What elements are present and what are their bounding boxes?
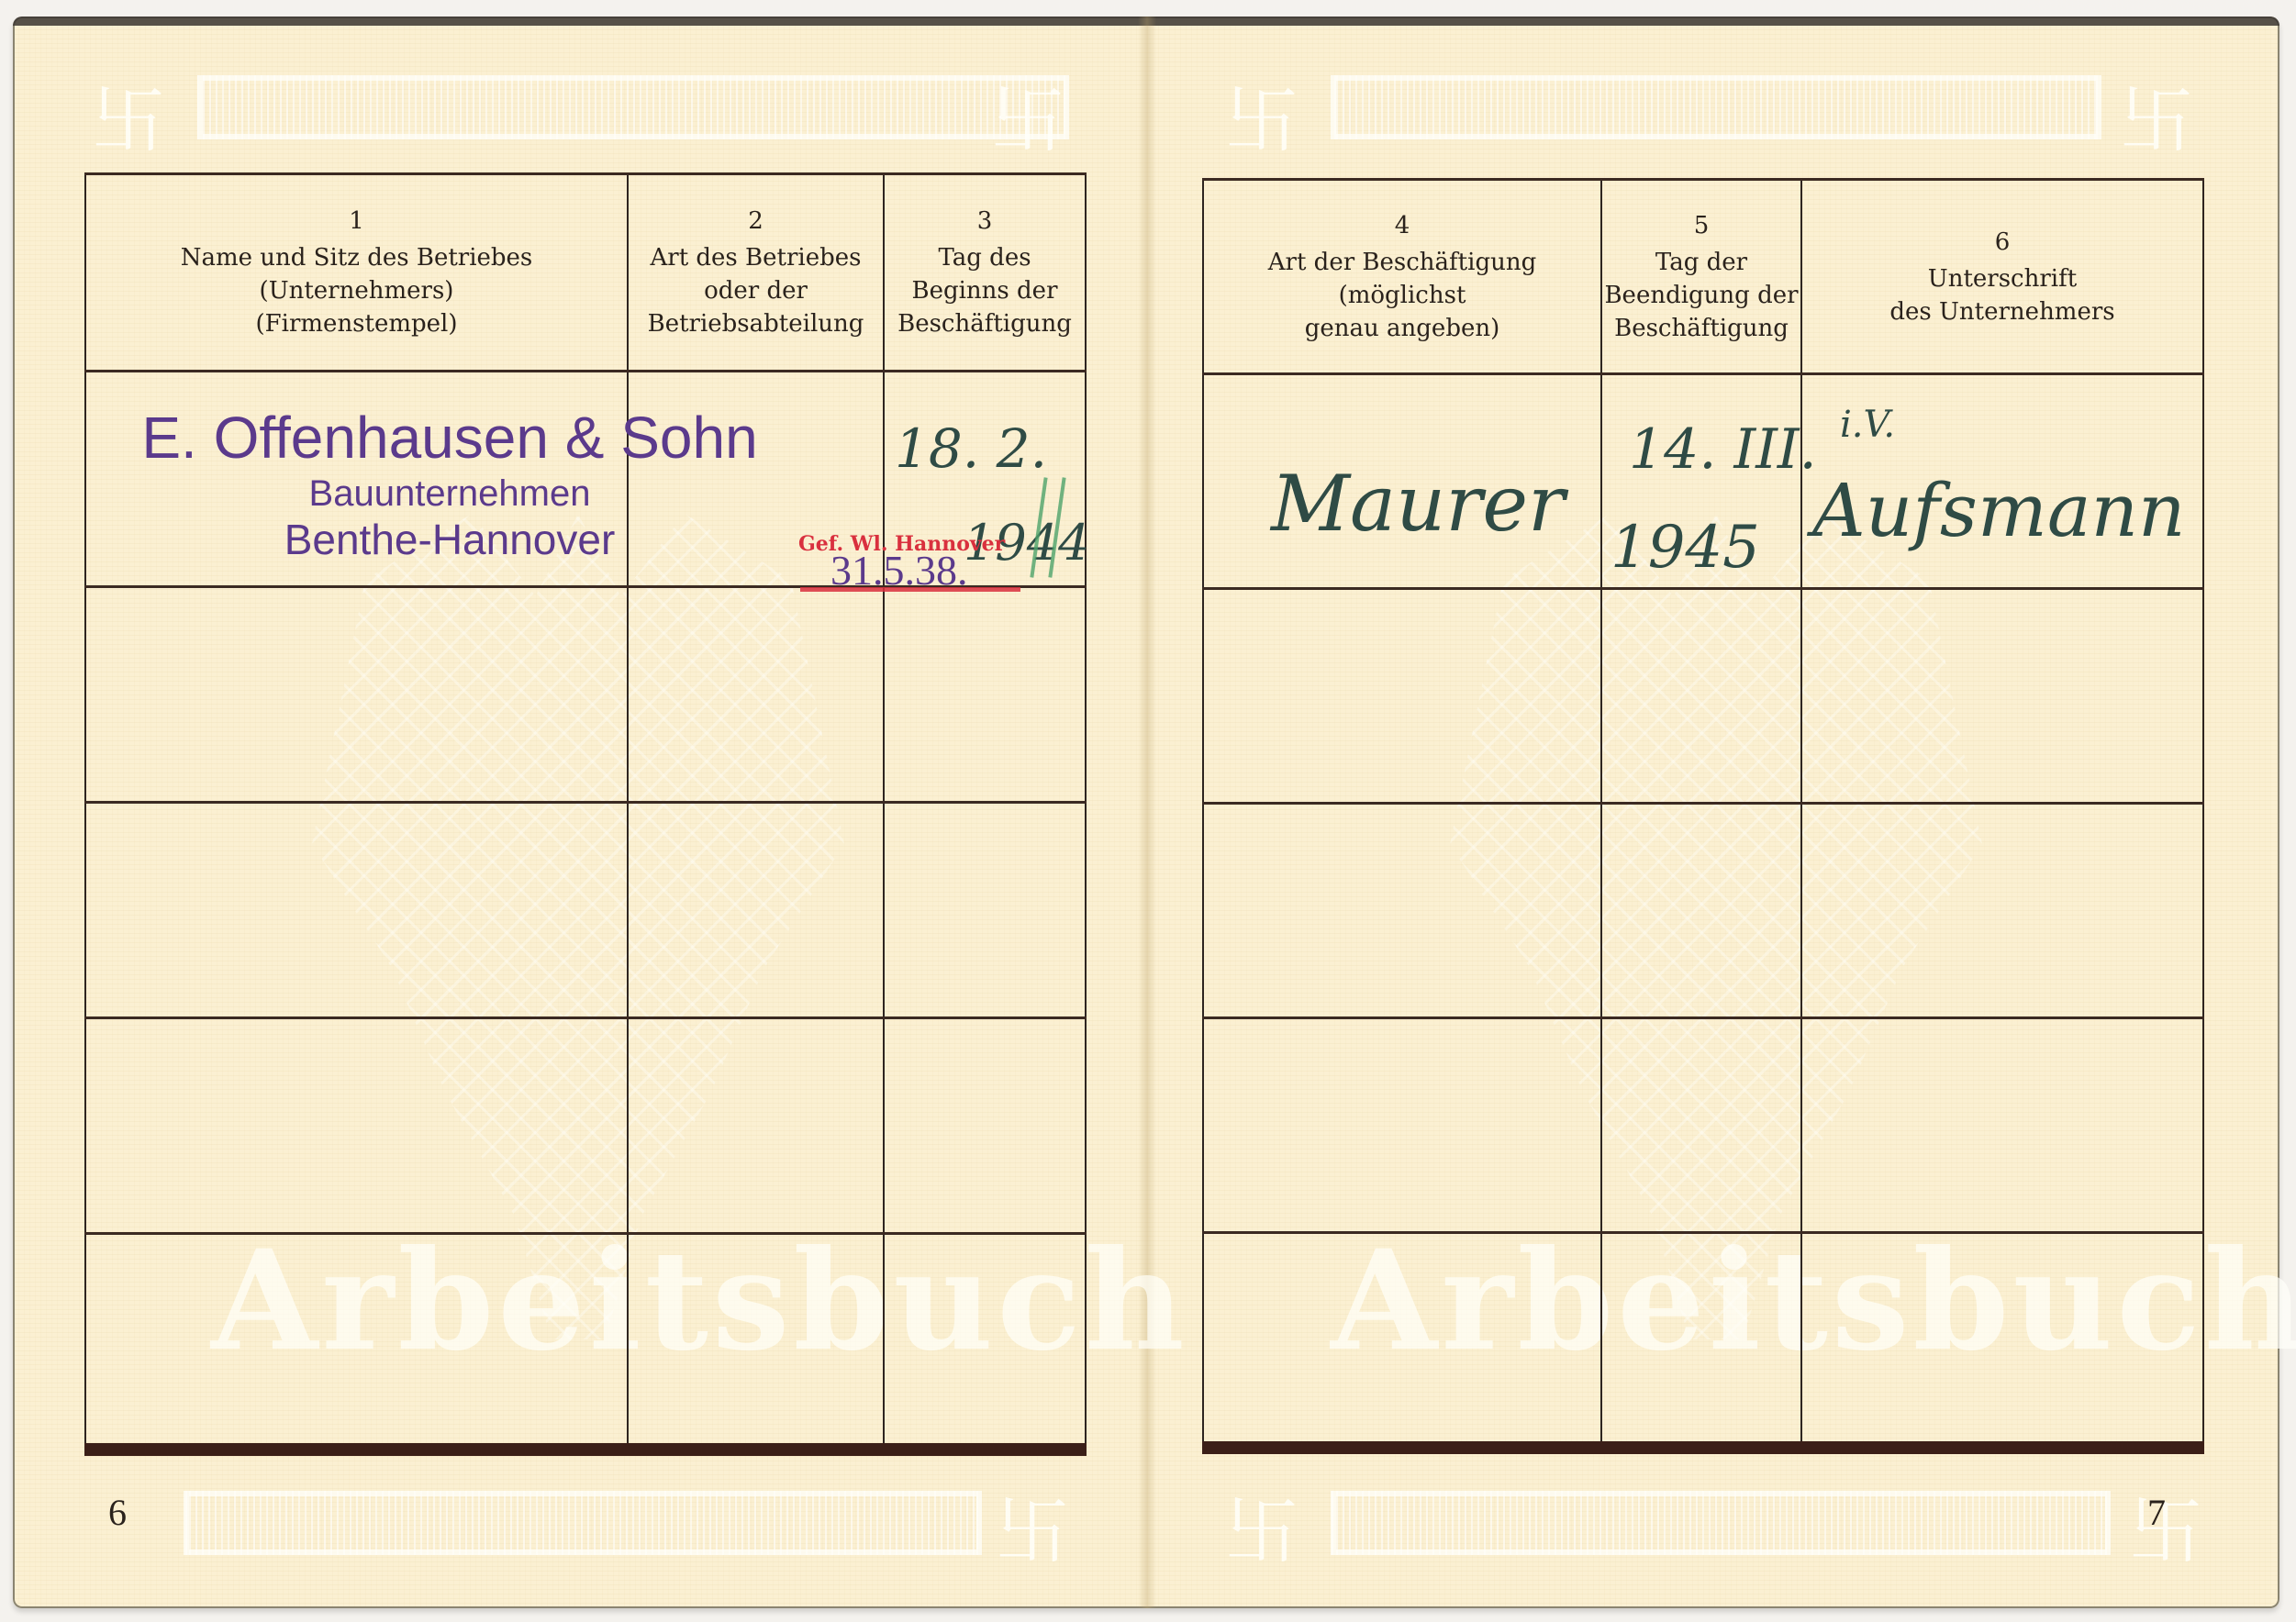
swastika-ornament-icon: 卐 — [2129, 1495, 2202, 1569]
column-label: Unterschrift — [1802, 262, 2202, 295]
table-cell — [1801, 1018, 2203, 1233]
table-cell — [1601, 589, 1801, 804]
table-row — [85, 587, 1086, 803]
employment-table-right: 4 Art der Beschäftigung (möglichst genau… — [1202, 178, 2204, 1454]
table-cell — [884, 1018, 1086, 1234]
end-date-year: 1945 — [1611, 514, 1760, 582]
table-cell — [1801, 804, 2203, 1018]
table-cell — [1203, 1233, 1601, 1448]
column-header-3: 3 Tag des Beginns der Beschäftigung — [884, 174, 1086, 372]
column-header-1: 1 Name und Sitz des Betriebes (Unternehm… — [85, 174, 628, 372]
column-label: (Unternehmers) — [86, 274, 627, 307]
ornament-band — [184, 1491, 982, 1555]
table-cell — [628, 1018, 884, 1234]
table-row — [85, 1018, 1086, 1234]
column-label: Name und Sitz des Betriebes — [86, 241, 627, 274]
table-cell — [1601, 1018, 1801, 1233]
column-label: des Unternehmers — [1802, 295, 2202, 328]
table-cell — [884, 587, 1086, 803]
table-cell — [1801, 1233, 2203, 1448]
swastika-ornament-icon: 卐 — [996, 1495, 1069, 1569]
column-header-5: 5 Tag der Beendigung der Beschäftigung — [1601, 180, 1801, 374]
table-header-row: 1 Name und Sitz des Betriebes (Unternehm… — [85, 174, 1086, 372]
start-date-day-month: 18. 2. — [895, 417, 1047, 480]
page-number-right: 7 — [2147, 1491, 2166, 1534]
table-cell — [85, 1234, 628, 1450]
ornament-band — [197, 75, 1069, 139]
column-header-6: 6 Unterschrift des Unternehmers — [1801, 180, 2203, 374]
swastika-ornament-icon: 卐 — [991, 84, 1064, 158]
column-number: 2 — [629, 205, 883, 238]
column-label: (Firmenstempel) — [86, 307, 627, 340]
company-business: Bauunternehmen — [128, 473, 771, 515]
table-cell — [628, 1234, 884, 1450]
table-cell — [85, 1018, 628, 1234]
table-cell — [884, 803, 1086, 1018]
company-name: E. Offenhausen & Sohn — [128, 404, 771, 472]
column-label: Tag des — [885, 241, 1085, 274]
column-label: (möglichst — [1204, 279, 1600, 312]
employer-signature: Aufsmann — [1812, 468, 2186, 553]
table-cell — [1203, 1018, 1601, 1233]
table-cell — [85, 803, 628, 1018]
column-number: 3 — [885, 205, 1085, 238]
column-label: Beschäftigung — [1602, 312, 1800, 345]
column-label: Art des Betriebes — [629, 241, 883, 274]
column-number: 6 — [1802, 226, 2202, 259]
table-cell — [884, 1234, 1086, 1450]
column-label: oder der — [629, 274, 883, 307]
table-cell — [1801, 589, 2203, 804]
table-row — [85, 803, 1086, 1018]
table-cell — [628, 803, 884, 1018]
column-label: genau angeben) — [1204, 312, 1600, 345]
table-row — [1203, 1018, 2203, 1233]
table-cell — [628, 587, 884, 803]
ornament-band — [1331, 75, 2101, 139]
table-header-row: 4 Art der Beschäftigung (möglichst genau… — [1203, 180, 2203, 374]
table-cell — [85, 587, 628, 803]
column-number: 5 — [1602, 209, 1800, 242]
column-label: Betriebsabteilung — [629, 307, 883, 340]
table-row — [85, 1234, 1086, 1450]
ornament-band — [1331, 1491, 2111, 1555]
page-number-left: 6 — [108, 1491, 127, 1534]
swastika-ornament-icon: 卐 — [2120, 84, 2193, 158]
end-date-day-month: 14. III. — [1629, 417, 1817, 482]
swastika-ornament-icon: 卐 — [1225, 84, 1298, 158]
employment-table-left: 1 Name und Sitz des Betriebes (Unternehm… — [84, 172, 1087, 1456]
column-number: 4 — [1204, 209, 1600, 242]
column-number: 1 — [86, 205, 627, 238]
table-cell — [1203, 589, 1601, 804]
signature-prefix: i.V. — [1840, 404, 1895, 446]
table-row — [1203, 589, 2203, 804]
column-header-4: 4 Art der Beschäftigung (möglichst genau… — [1203, 180, 1601, 374]
table-row — [1203, 804, 2203, 1018]
column-label: Art der Beschäftigung — [1204, 246, 1600, 279]
column-label: Tag der — [1602, 246, 1800, 279]
column-header-2: 2 Art des Betriebes oder der Betriebsabt… — [628, 174, 884, 372]
column-label: Beschäftigung — [885, 307, 1085, 340]
company-stamp: E. Offenhausen & Sohn Bauunternehmen Ben… — [128, 404, 771, 564]
occupation-handwritten: Maurer — [1271, 459, 1565, 549]
company-location: Benthe-Hannover — [128, 515, 771, 564]
swastika-ornament-icon: 卐 — [92, 84, 165, 158]
table-row — [1203, 1233, 2203, 1448]
swastika-ornament-icon: 卐 — [1225, 1495, 1298, 1569]
column-label: Beendigung der — [1602, 279, 1800, 312]
red-stamp-underline — [800, 587, 1020, 592]
table-cell — [1601, 1233, 1801, 1448]
table-cell — [1203, 804, 1601, 1018]
table-cell — [1601, 804, 1801, 1018]
column-label: Beginns der — [885, 274, 1085, 307]
